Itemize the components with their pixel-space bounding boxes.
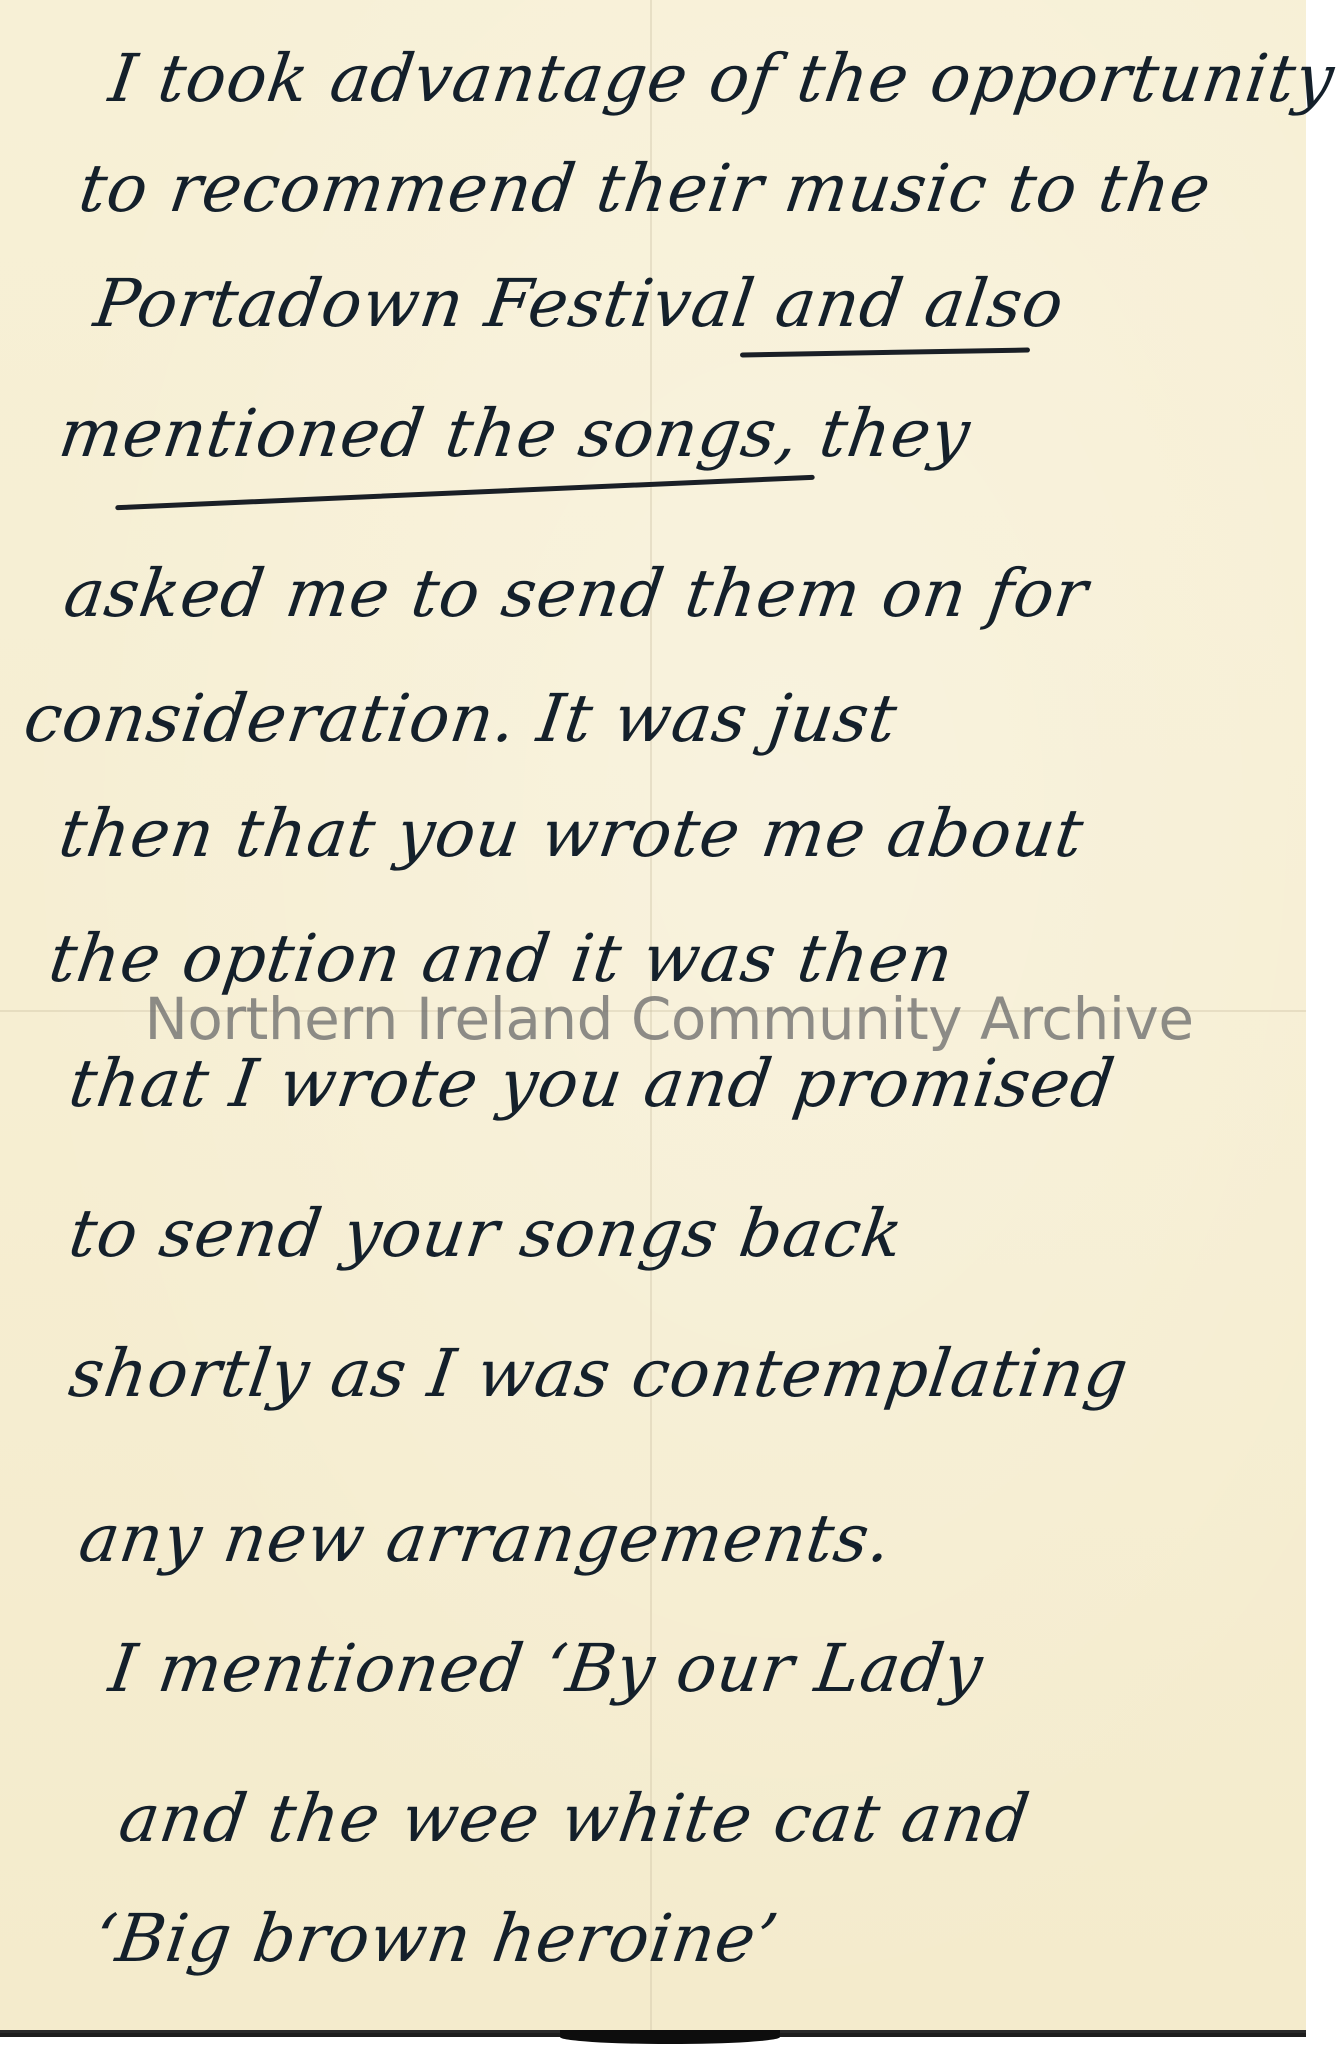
letter-line-12: any new arrangements. bbox=[80, 1500, 1338, 1577]
letter-line-4: mentioned the songs, they bbox=[60, 395, 1338, 472]
archive-watermark: Northern Ireland Community Archive bbox=[0, 985, 1338, 1053]
letter-line-5: asked me to send them on for bbox=[65, 555, 1338, 632]
letter-line-10: to send your songs back bbox=[70, 1195, 1338, 1272]
letter-line-13: I mentioned ‘By our Lady bbox=[110, 1630, 1338, 1707]
letter-line-11: shortly as I was contemplating bbox=[70, 1335, 1338, 1412]
underline-and-also bbox=[740, 347, 1030, 357]
letter-line-14: and the wee white cat and bbox=[120, 1780, 1338, 1857]
letter-line-3: Portadown Festival and also bbox=[95, 265, 1338, 342]
letter-line-15: ‘Big brown heroine’ bbox=[95, 1900, 1338, 1977]
letter-line-2: to recommend their music to the bbox=[80, 150, 1338, 227]
page-shadow bbox=[560, 2030, 780, 2044]
underline-mentioned-the-songs bbox=[115, 475, 815, 511]
letter-line-7: then that you wrote me about bbox=[60, 795, 1338, 872]
letter-line-9: that I wrote you and promised bbox=[70, 1045, 1338, 1122]
letter-line-6: consideration. It was just bbox=[25, 680, 1331, 757]
letter-line-1: I took advantage of the opportunity bbox=[110, 40, 1338, 117]
